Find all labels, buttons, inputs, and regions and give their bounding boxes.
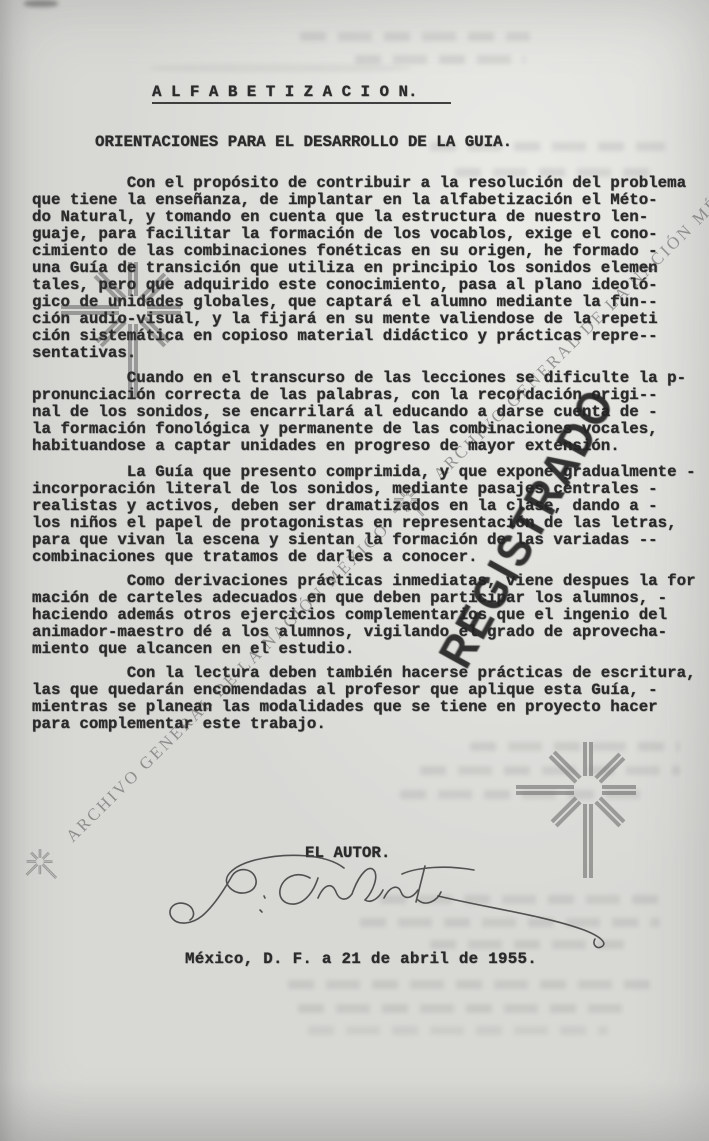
page-subtitle: ORIENTACIONES PARA EL DESARROLLO DE LA G… [95,134,512,151]
scan-artifact [150,64,410,72]
agn-star-icon [14,833,75,894]
paragraph-3: La Guía que presento comprimida, y que e… [32,464,696,566]
bleed-through-line [355,55,525,64]
bleed-through-line [300,32,530,41]
bleed-through-line [298,1004,633,1013]
scan-artifact [24,0,58,7]
paragraph-5: Con la lectura deben también hacerse prá… [32,665,696,733]
dateline: México, D. F. a 21 de abril de 1955. [185,951,537,968]
paragraph-1: Con el propósito de contribuir a la reso… [32,175,686,362]
signature [138,852,628,957]
bleed-through-line [288,980,658,989]
bleed-through-line [308,1026,608,1035]
scanned-page: ARCHIVO GENERAL DE LA NACIÓN MÉXICO ARCH… [0,0,709,1141]
page-title: A L F A B E T I Z A C I O N. [152,84,451,101]
paragraph-4: Como derivaciones prácticas inmediatas, … [32,573,696,658]
